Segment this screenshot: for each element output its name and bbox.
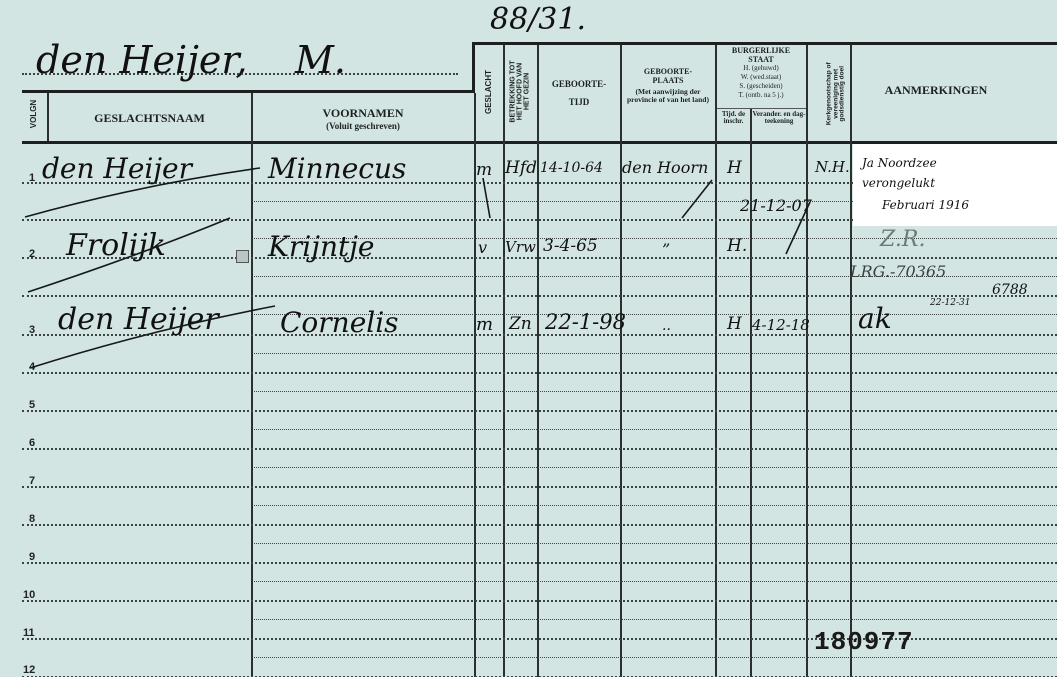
row-line-9 xyxy=(22,562,1057,564)
row-number: 8 xyxy=(29,513,35,525)
row-half-12 xyxy=(254,619,1057,620)
remark-initials: ak xyxy=(858,302,892,335)
remark-line-2: verongelukt xyxy=(862,176,935,190)
stamp-number: 180977 xyxy=(814,627,914,657)
row-half-11 xyxy=(254,581,1057,582)
header-top-right-rule xyxy=(473,42,1057,45)
header-geboorteplaats-sub: (Met aanwijzing der provincie of van het… xyxy=(624,88,712,104)
row-half-9 xyxy=(254,505,1057,506)
row-number: 9 xyxy=(29,551,35,563)
row-number: 10 xyxy=(23,589,35,601)
file-number: 88/31. xyxy=(490,2,586,37)
remark-ref: 6788 xyxy=(992,282,1028,298)
row-half-10 xyxy=(254,543,1057,544)
header-bs-s: S. (gescheiden) xyxy=(716,83,806,90)
header-bs-tijd: Tijd. de inschr. xyxy=(717,111,750,126)
remark-zr: Z.R. xyxy=(880,227,925,252)
header-step xyxy=(472,42,475,93)
title-dotline xyxy=(22,73,458,75)
header-geslachtsnaam: GESLACHTSNAAM xyxy=(48,112,251,125)
row-line-6 xyxy=(22,448,1057,450)
header-geboorteplaats-2: PLAATS xyxy=(621,77,715,85)
row-half-7 xyxy=(254,429,1057,430)
row-line-8 xyxy=(22,524,1057,526)
header-betrekking: BETREKKING TOT HET HOOFD VAN HET GEZIN xyxy=(510,56,531,128)
row-line-7 xyxy=(22,486,1057,488)
row-line-5 xyxy=(22,410,1057,412)
header-voornamen: VOORNAMEN xyxy=(252,107,474,120)
row-number: 11 xyxy=(23,627,35,639)
remark-line-1: Ja Noordzee xyxy=(862,156,937,170)
header-geslacht: GESLACHT xyxy=(485,62,493,122)
header-geboortetijd-2: TIJD xyxy=(538,98,620,107)
header-bs-h: H. (gehuwd) xyxy=(716,65,806,72)
header-kerkgenootschap: Kerkgenootschap of vereeniging met godsd… xyxy=(826,48,846,140)
row-number: 7 xyxy=(29,475,35,487)
civil-sub-rule xyxy=(717,108,806,109)
header-bs-verander: Verander. en dag- teekening xyxy=(752,111,806,126)
row-number: 12 xyxy=(23,664,35,676)
header-bs-t: T. (ontb. na 5 j.) xyxy=(716,92,806,99)
registration-card: 88/31. den Heijer, M. VOLGN GESLACHTSNAA… xyxy=(0,0,1057,677)
head-surname: den Heijer, xyxy=(36,38,248,82)
header-bs-w: W. (wed.staat) xyxy=(716,74,806,81)
row-half-8 xyxy=(254,467,1057,468)
header-top-left-rule xyxy=(22,90,474,93)
remark-date: 22-12-31 xyxy=(930,298,970,308)
header-betrekking-text: BETREKKING TOT HET HOOFD VAN HET GEZIN xyxy=(510,56,531,128)
remark-line-3: Februari 1916 xyxy=(882,198,969,212)
header-kerkgenootschap-text: Kerkgenootschap of vereeniging met godsd… xyxy=(826,48,846,140)
row-half-13 xyxy=(254,657,1057,658)
header-geboortetijd-1: GEBOORTE- xyxy=(538,80,620,89)
head-initial: M. xyxy=(295,38,346,82)
strike-marks xyxy=(0,140,860,380)
row-number: 6 xyxy=(29,437,35,449)
remark-lrg: LRG.-70365 xyxy=(850,262,946,281)
header-volgn: VOLGN xyxy=(30,94,38,134)
row-half-6 xyxy=(254,391,1057,392)
header-voornamen-sub: (Voluit geschreven) xyxy=(252,122,474,131)
row-line-10 xyxy=(22,600,1057,602)
row-number: 5 xyxy=(29,399,35,411)
header-aanmerkingen: AANMERKINGEN xyxy=(852,84,1020,97)
